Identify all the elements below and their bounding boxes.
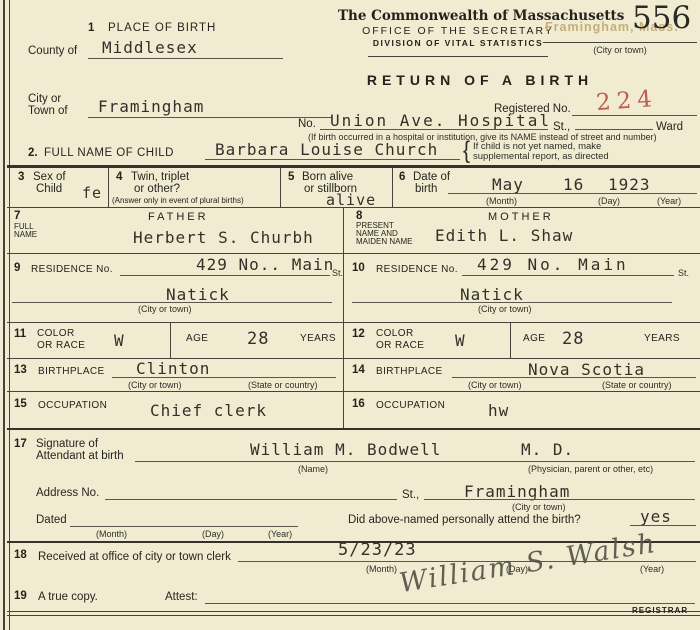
father-bp-line xyxy=(112,377,336,378)
father-race-l2: OR RACE xyxy=(37,340,85,351)
attendant-sig-l1: Signature of xyxy=(36,438,98,450)
commonwealth-title: The Commonwealth of Massachusetts xyxy=(338,8,578,24)
bottom-double-rule xyxy=(7,611,700,616)
father-name-value: Herbert S. Churbh xyxy=(133,228,314,247)
office-line: OFFICE OF THE SECRETARY xyxy=(338,25,578,37)
attendant-sig-l2: Attendant at birth xyxy=(36,450,124,462)
mother-header: MOTHER xyxy=(488,211,554,223)
city-line xyxy=(88,117,332,118)
address-st-label: St., xyxy=(402,489,419,501)
attendant-name-sub: (Name) xyxy=(298,464,328,474)
received-date-value: 5/23/23 xyxy=(338,540,417,560)
registered-no-stamp: 224 xyxy=(595,86,659,116)
address-label: Address No. xyxy=(36,487,99,499)
sex-value: fe xyxy=(82,184,102,202)
truecopy-label: A true copy. xyxy=(38,591,98,603)
registered-no-line xyxy=(572,115,697,116)
header-short-rule xyxy=(368,56,548,57)
mother-age-label: AGE xyxy=(523,333,545,344)
row6-label-1: Date of xyxy=(413,171,450,183)
attend-answer: yes xyxy=(640,507,672,526)
mother-bp-line xyxy=(452,377,696,378)
row6-number: 6 xyxy=(399,171,405,183)
mother-name-value: Edith L. Shaw xyxy=(435,226,573,245)
father-occ-label: OCCUPATION xyxy=(38,400,107,411)
mother-res-street: 429 No. Main xyxy=(477,255,629,274)
row5-number: 5 xyxy=(288,171,294,183)
mother-res-street-line xyxy=(462,275,674,276)
county-label: County of xyxy=(28,45,77,57)
row3-label-1: Sex of xyxy=(33,171,66,183)
birth-date-line xyxy=(448,193,697,194)
father-race-value: W xyxy=(114,331,125,350)
dated-day-sub: (Day) xyxy=(202,529,224,539)
ward-label: Ward xyxy=(656,121,683,133)
street-no-label: No. xyxy=(298,118,316,130)
father-side-2: NAME xyxy=(14,230,37,239)
row5-label-1: Born alive xyxy=(302,171,353,183)
mother-res-number: 10 xyxy=(352,262,365,274)
attendant-title-sub: (Physician, parent or other, etc) xyxy=(528,464,653,474)
city-value: Framingham xyxy=(98,97,204,116)
birth-day-value: 16 xyxy=(563,175,584,194)
birth-certificate-document: 1 PLACE OF BIRTH County of Middlesex The… xyxy=(0,0,700,630)
attendant-title-value: M. D. xyxy=(521,440,574,459)
attendant-number: 17 xyxy=(14,438,27,450)
rule-under-row15 xyxy=(7,428,700,430)
father-age-label: AGE xyxy=(186,333,208,344)
father-bp-sub1: (City or town) xyxy=(128,380,182,390)
row4-label-1: Twin, triplet xyxy=(131,171,189,183)
rule-under-row9 xyxy=(7,322,700,323)
attest-line xyxy=(205,603,695,604)
father-bp-sub2: (State or country) xyxy=(248,380,318,390)
attend-answer-line xyxy=(630,525,696,526)
mother-occ-value: hw xyxy=(488,401,509,420)
father-bp-label: BIRTHPLACE xyxy=(38,366,105,377)
received-year-sub: (Year) xyxy=(640,564,664,574)
box1-label: PLACE OF BIRTH xyxy=(108,22,216,34)
divider-center-column xyxy=(343,207,344,428)
left-border xyxy=(3,0,10,630)
birth-month-sub: (Month) xyxy=(486,196,517,206)
birth-day-sub: (Day) xyxy=(598,196,620,206)
county-value: Middlesex xyxy=(102,38,198,57)
registrar-label: REGISTRAR xyxy=(632,606,688,615)
father-years-label: YEARS xyxy=(300,333,336,344)
mother-race-l1: COLOR xyxy=(376,328,414,339)
father-res-number: 9 xyxy=(14,262,20,274)
father-bp-number: 13 xyxy=(14,364,27,376)
stamp-city-sub: (City or town) xyxy=(543,45,697,55)
document-number: 556 xyxy=(632,0,691,36)
father-age-value: 28 xyxy=(247,329,269,349)
dated-month-sub: (Month) xyxy=(96,529,127,539)
birth-year-sub: (Year) xyxy=(657,196,681,206)
hospital-value: Union Ave. Hospital xyxy=(330,111,551,130)
divider-box5 xyxy=(392,167,393,207)
dated-label: Dated xyxy=(36,514,67,526)
divider-box3 xyxy=(108,167,109,207)
division-line: DIVISION OF VITAL STATISTICS xyxy=(338,38,578,48)
town-of-label: Town of xyxy=(28,105,68,117)
row3-number: 3 xyxy=(18,171,24,183)
mother-res-st: St. xyxy=(678,268,689,278)
received-number: 18 xyxy=(14,549,27,561)
ward-line xyxy=(575,129,653,130)
rule-under-row13 xyxy=(7,391,700,392)
address-city-sub: (City or town) xyxy=(512,502,566,512)
mother-res-city-sub: (City or town) xyxy=(478,304,532,314)
mother-bp-sub2: (State or country) xyxy=(602,380,672,390)
mother-res-city-line xyxy=(352,302,672,303)
mother-side-3: MAIDEN NAME xyxy=(356,237,412,246)
father-res-label: RESIDENCE No. xyxy=(31,264,113,275)
father-occ-value: Chief clerk xyxy=(150,401,267,420)
county-line xyxy=(88,58,283,59)
attendant-sig-line xyxy=(135,461,695,462)
attendant-name-value: William M. Bodwell xyxy=(250,440,441,459)
mother-res-label: RESIDENCE No. xyxy=(376,264,458,275)
mother-race-number: 12 xyxy=(352,328,365,340)
attend-question: Did above-named personally attend the bi… xyxy=(348,514,581,526)
mother-age-value: 28 xyxy=(562,329,584,349)
father-res-city-line xyxy=(12,302,332,303)
father-res-city-sub: (City or town) xyxy=(138,304,192,314)
father-race-number: 11 xyxy=(14,328,26,340)
rule-under-row7 xyxy=(7,253,700,254)
child-note-brace: { xyxy=(463,137,470,165)
father-occ-number: 15 xyxy=(14,398,27,410)
father-race-l1: COLOR xyxy=(37,328,75,339)
dated-year-sub: (Year) xyxy=(268,529,292,539)
divider-race-age-left xyxy=(170,322,171,358)
birth-year-value: 1923 xyxy=(608,175,651,194)
father-res-st: St. xyxy=(332,268,343,278)
mother-occ-number: 16 xyxy=(352,398,365,410)
father-number: 7 xyxy=(14,210,20,222)
mother-bp-number: 14 xyxy=(352,364,365,376)
row4-number: 4 xyxy=(116,171,122,183)
mother-race-value: W xyxy=(455,331,466,350)
truecopy-number: 19 xyxy=(14,590,27,602)
mother-bp-label: BIRTHPLACE xyxy=(376,366,443,377)
divider-race-age-right xyxy=(510,322,511,358)
stamp-line xyxy=(543,42,697,43)
row6-label-2: birth xyxy=(415,183,437,195)
address-line xyxy=(105,499,397,500)
divider-box4 xyxy=(280,167,281,207)
dated-line xyxy=(70,526,298,527)
mother-bp-sub1: (City or town) xyxy=(468,380,522,390)
address-city-line xyxy=(424,499,695,500)
father-res-street: 429 No.. Main xyxy=(196,255,334,274)
row3-label-2: Child xyxy=(36,183,62,195)
clerk-signature: William S. Walsh xyxy=(397,528,659,599)
received-month-sub: (Month) xyxy=(366,564,397,574)
row4-label-2: or other? xyxy=(134,183,180,195)
mother-race-l2: OR RACE xyxy=(376,340,424,351)
row4-note: (Answer only in event of plural births) xyxy=(112,196,244,205)
child-name-line xyxy=(205,159,460,160)
mother-years-label: YEARS xyxy=(644,333,680,344)
box1-number: 1 xyxy=(88,22,95,34)
form-title: RETURN OF A BIRTH xyxy=(350,72,610,88)
mother-occ-label: OCCUPATION xyxy=(376,400,445,411)
rule-under-row11 xyxy=(7,358,700,359)
child-label: FULL NAME OF CHILD xyxy=(44,147,174,159)
child-note-2: supplemental report, as directed xyxy=(473,151,609,162)
received-label: Received at office of city or town clerk xyxy=(38,551,231,563)
city-or-label: City or xyxy=(28,93,61,105)
rule-top-of-grid xyxy=(7,165,700,168)
child-name-value: Barbara Louise Church xyxy=(215,140,438,159)
attest-label: Attest: xyxy=(165,591,198,603)
father-res-street-line xyxy=(120,275,330,276)
child-number: 2. xyxy=(28,147,38,159)
father-bp-value: Clinton xyxy=(136,359,210,378)
father-header: FATHER xyxy=(148,211,209,223)
born-alive-value: alive xyxy=(326,191,376,209)
hospital-line xyxy=(320,129,548,130)
birth-month-value: May xyxy=(492,175,524,194)
